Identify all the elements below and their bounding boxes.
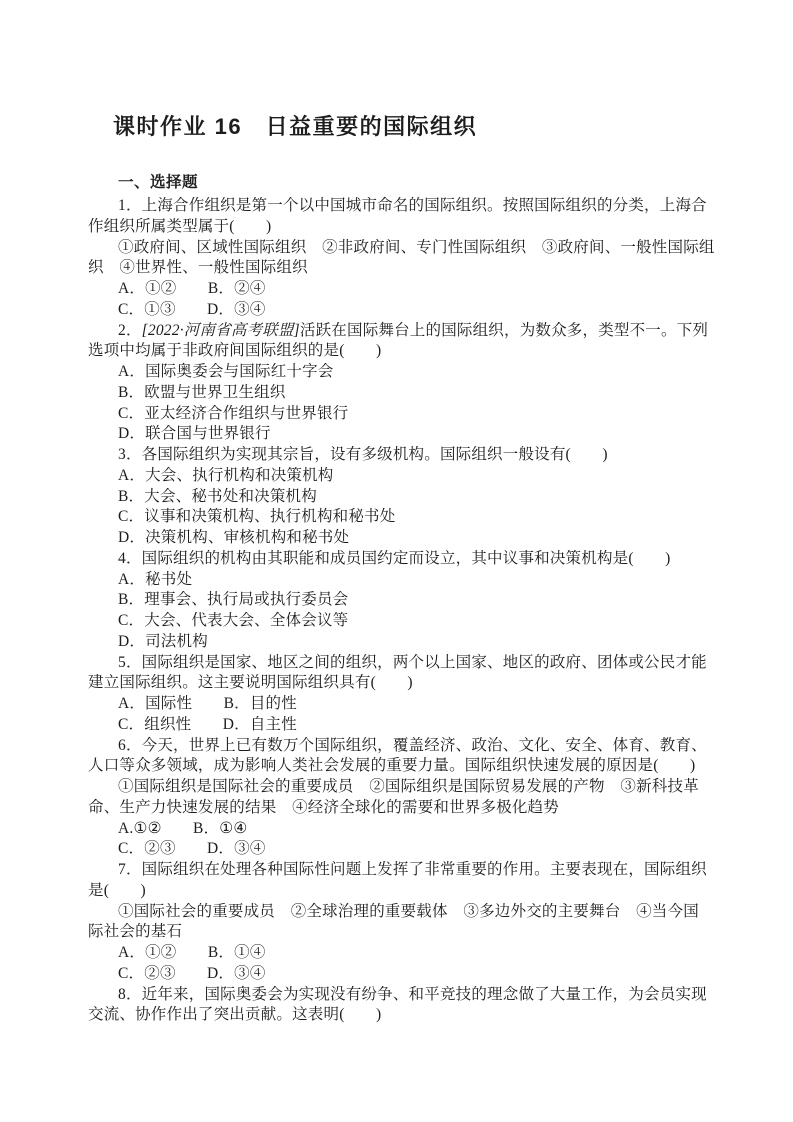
text-line: 8．近年来，国际奥委会为实现没有纷争、和平竞技的理念做了大量工作，为会员实现 [88, 985, 728, 1006]
text-line: 6．今天，世界上已有数万个国际组织，覆盖经济、政治、文化、安全、体育、教育、 [88, 736, 728, 757]
text-line: 4．国际组织的机构由其职能和成员国约定而设立，其中议事和决策机构是( ) [88, 549, 728, 570]
exam-source-tag: [2022·河南省高考联盟] [142, 322, 300, 339]
question-1: 1．上海合作组织是第一个以中国城市命名的国际组织。按照国际组织的分类，上海合 作… [88, 196, 728, 321]
option-line: A．国际奥委会与国际红十字会 [88, 362, 728, 383]
text-line: 3．各国际组织为实现其宗旨，设有多级机构。国际组织一般设有( ) [88, 445, 728, 466]
text-line: 命、生产力快速发展的结果 ④经济全球化的需要和世界多极化趋势 [88, 798, 728, 819]
text-line: 2．[2022·河南省高考联盟]活跃在国际舞台上的国际组织，为数众多，类型不一。… [88, 321, 728, 342]
text-line: 作组织所属类型属于( ) [88, 217, 728, 238]
option-line: A．秘书处 [88, 570, 728, 591]
question-4: 4．国际组织的机构由其职能和成员国约定而设立，其中议事和决策机构是( ) A．秘… [88, 549, 728, 653]
option-line: D．决策机构、审核机构和秘书处 [88, 528, 728, 549]
option-line: D．司法机构 [88, 632, 728, 653]
text-line: ①政府间、区域性国际组织 ②非政府间、专门性国际组织 ③政府间、一般性国际组 [88, 238, 728, 259]
option-line: C．组织性 D．自主性 [88, 715, 728, 736]
option-line: A．①② B．②④ [88, 279, 728, 300]
option-line: C．亚太经济合作组织与世界银行 [88, 404, 728, 425]
option-line: B．理事会、执行局或执行委员会 [88, 590, 728, 611]
option-line: A．大会、执行机构和决策机构 [88, 466, 728, 487]
question-8: 8．近年来，国际奥委会为实现没有纷争、和平竞技的理念做了大量工作，为会员实现 交… [88, 985, 728, 1027]
question-3: 3．各国际组织为实现其宗旨，设有多级机构。国际组织一般设有( ) A．大会、执行… [88, 445, 728, 549]
question-2: 2．[2022·河南省高考联盟]活跃在国际舞台上的国际组织，为数众多，类型不一。… [88, 321, 728, 446]
option-line: A．国际性 B．目的性 [88, 694, 728, 715]
section-heading: 一、选择题 [118, 173, 198, 193]
text-line: 1．上海合作组织是第一个以中国城市命名的国际组织。按照国际组织的分类，上海合 [88, 196, 728, 217]
question-5: 5．国际组织是国家、地区之间的组织，两个以上国家、地区的政府、团体或公民才能 建… [88, 653, 728, 736]
option-line: B．欧盟与世界卫生组织 [88, 383, 728, 404]
question-text: 活跃在国际舞台上的国际组织，为数众多，类型不一。下列 [300, 322, 708, 339]
option-line: B．大会、秘书处和决策机构 [88, 487, 728, 508]
text-line: 织 ④世界性、一般性国际组织 [88, 258, 728, 279]
option-line: C．②③ D．③④ [88, 964, 728, 985]
question-7: 7．国际组织在处理各种国际性问题上发挥了非常重要的作用。主要表现在，国际组织 是… [88, 860, 728, 985]
question-6: 6．今天，世界上已有数万个国际组织，覆盖经济、政治、文化、安全、体育、教育、 人… [88, 736, 728, 861]
questions-block: 1．上海合作组织是第一个以中国城市命名的国际组织。按照国际组织的分类，上海合 作… [88, 196, 728, 1026]
option-line: D．联合国与世界银行 [88, 424, 728, 445]
option-line: C．②③ D．③④ [88, 839, 728, 860]
option-line: C．①③ D．③④ [88, 300, 728, 321]
worksheet-page: 课时作业 16 日益重要的国际组织 一、选择题 1．上海合作组织是第一个以中国城… [0, 0, 793, 1122]
text-line: 是( ) [88, 881, 728, 902]
text-line: 5．国际组织是国家、地区之间的组织，两个以上国家、地区的政府、团体或公民才能 [88, 653, 728, 674]
option-line: C．议事和决策机构、执行机构和秘书处 [88, 507, 728, 528]
option-line: C．大会、代表大会、全体会议等 [88, 611, 728, 632]
page-title: 课时作业 16 日益重要的国际组织 [113, 112, 477, 142]
text-line: 7．国际组织在处理各种国际性问题上发挥了非常重要的作用。主要表现在，国际组织 [88, 860, 728, 881]
text-line: 选项中均属于非政府间国际组织的是( ) [88, 341, 728, 362]
text-line: 人口等众多领域，成为影响人类社会发展的重要力量。国际组织快速发展的原因是( ) [88, 756, 728, 777]
option-line: A．①② B．①④ [88, 943, 728, 964]
option-line: A.①② B．①④ [88, 819, 728, 840]
text-line: ①国际组织是国际社会的重要成员 ②国际组织是国际贸易发展的产物 ③新科技革 [88, 777, 728, 798]
text-line: 际社会的基石 [88, 922, 728, 943]
text-line: 交流、协作作出了突出贡献。这表明( ) [88, 1005, 728, 1026]
text-line: 建立国际组织。这主要说明国际组织具有( ) [88, 673, 728, 694]
text-line: ①国际社会的重要成员 ②全球治理的重要载体 ③多边外交的主要舞台 ④当今国 [88, 902, 728, 923]
question-number: 2． [118, 322, 142, 339]
